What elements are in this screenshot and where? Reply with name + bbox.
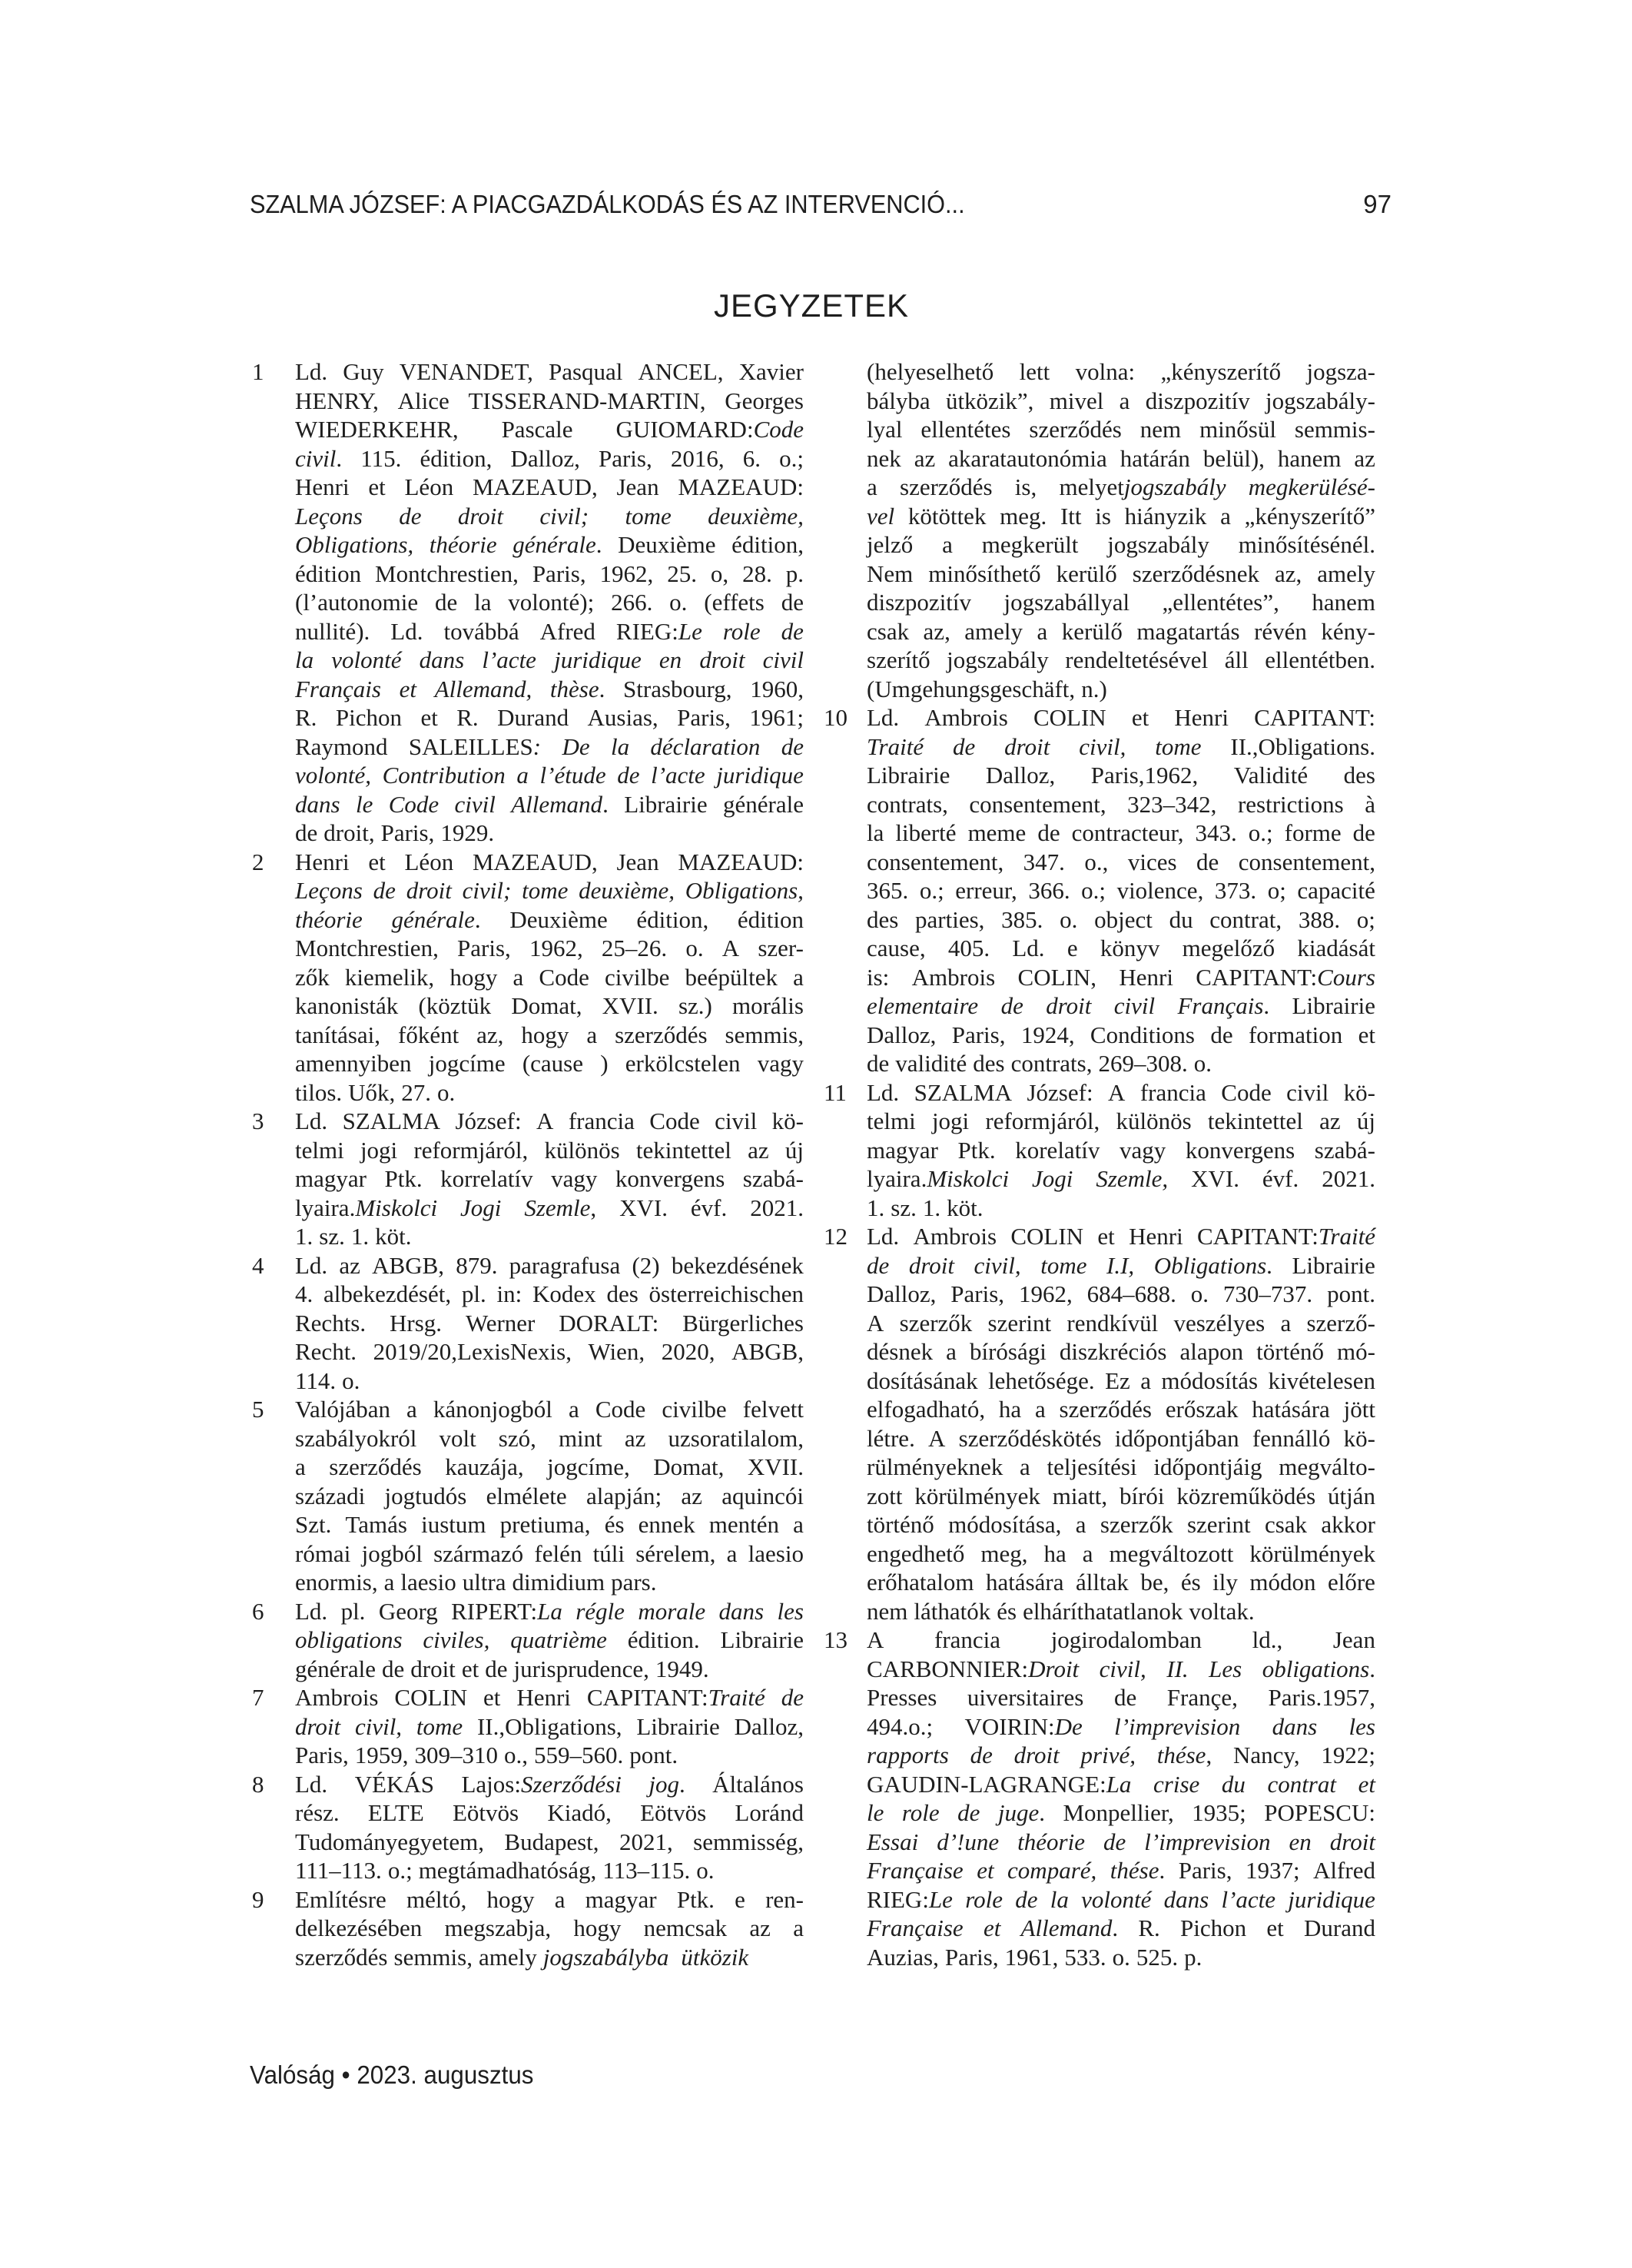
word: „kényszerítő bbox=[1160, 357, 1281, 387]
word: Obligations, bbox=[685, 876, 804, 905]
text-line: Leçonsdedroitcivil;tomedeuxième,Obligati… bbox=[295, 876, 804, 905]
text-line: telmijogireformjáról,különöstekintettela… bbox=[295, 1136, 804, 1165]
footnote-number: 10 bbox=[824, 703, 848, 732]
word: l’acte bbox=[482, 646, 536, 675]
word: l’acte bbox=[1221, 1885, 1275, 1914]
word: II.,Obligations. bbox=[1230, 732, 1375, 762]
word: Code bbox=[539, 963, 589, 992]
word: nem bbox=[867, 1597, 907, 1626]
word: juridique bbox=[554, 646, 642, 675]
word: nullité). bbox=[295, 617, 370, 646]
word: révén bbox=[1254, 617, 1307, 646]
word: du bbox=[1169, 905, 1193, 935]
word: et bbox=[462, 1655, 479, 1684]
word: bírói bbox=[1120, 1482, 1165, 1511]
word: jog bbox=[648, 1771, 679, 1798]
word: . bbox=[602, 791, 609, 818]
word: et bbox=[368, 848, 385, 877]
word: e bbox=[1067, 934, 1078, 963]
word: de bbox=[781, 1683, 804, 1712]
word: deuxième, bbox=[708, 502, 804, 531]
word: hanem bbox=[1312, 588, 1375, 617]
word: CARBONNIER: bbox=[867, 1655, 1028, 1682]
word: Paris, bbox=[952, 1021, 1006, 1050]
word: Contribution bbox=[383, 761, 506, 790]
word: köt. bbox=[375, 1222, 411, 1251]
section-title: JEGYZETEK bbox=[0, 287, 1632, 324]
word: GAUDIN-LAGRANGE:La bbox=[867, 1770, 1131, 1799]
word: . bbox=[1159, 1857, 1165, 1884]
word: in: bbox=[497, 1280, 522, 1309]
word: dans bbox=[1164, 1885, 1209, 1914]
word: de bbox=[781, 732, 804, 762]
word: comparé, bbox=[1007, 1856, 1096, 1885]
word: a bbox=[727, 1539, 738, 1569]
word: österreichischen bbox=[649, 1280, 804, 1309]
footnote-text: Ld.VÉKÁSLajos:Szerződésijog.Általánosrés… bbox=[295, 1770, 804, 1885]
text-line: 365.o.;erreur,366.o.;violence,373.o;capa… bbox=[867, 876, 1375, 905]
footnote: (helyeselhetőlettvolna:„kényszerítőjogsz… bbox=[821, 357, 1378, 703]
text-line: Aszerzőkszerintrendkívülveszélyesaszerző… bbox=[867, 1309, 1375, 1338]
word: alapján; bbox=[586, 1482, 662, 1511]
footnote-text: HenrietLéonMAZEAUD,JeanMAZEAUD:Leçonsded… bbox=[295, 848, 804, 1107]
word: Française bbox=[867, 1914, 964, 1943]
word: az bbox=[339, 1251, 360, 1280]
word: lett bbox=[1020, 357, 1050, 387]
word: A bbox=[722, 934, 739, 963]
word: civil, bbox=[1079, 732, 1126, 762]
text-line: généralededroitetdejurisprudence,1949. bbox=[295, 1655, 804, 1684]
word: thése bbox=[1110, 1857, 1159, 1884]
notes-column-right: (helyeselhetőlettvolna:„kényszerítőjogsz… bbox=[821, 357, 1378, 1971]
word: validité bbox=[895, 1049, 967, 1078]
word: 269–308. bbox=[1098, 1049, 1187, 1078]
word: civilbe bbox=[662, 1395, 726, 1424]
word: kö- bbox=[1344, 1078, 1375, 1107]
text-line: Ld.SZALMAJózsef:AfranciaCodecivilkö- bbox=[867, 1078, 1375, 1107]
text-line: Ld.pl.GeorgRIPERT:Laréglemoraledansles bbox=[295, 1597, 804, 1626]
word: Traité bbox=[1319, 1223, 1375, 1250]
word: megszabja, bbox=[445, 1914, 552, 1943]
text-line: HENRY,AliceTISSERAND-MARTIN,Georges bbox=[295, 387, 804, 416]
word: Dalloz, bbox=[867, 1021, 936, 1050]
text-line: bálybaütközik”,miveladiszpozitívjogszabá… bbox=[867, 387, 1375, 416]
footnote-number: 8 bbox=[252, 1770, 264, 1799]
word: 2021. bbox=[750, 1194, 804, 1223]
word: 347. bbox=[1023, 848, 1065, 877]
word: alapon bbox=[1179, 1337, 1243, 1366]
word: de bbox=[617, 761, 639, 790]
word: jogszabály bbox=[1124, 473, 1226, 500]
word: et bbox=[368, 473, 385, 502]
word: és bbox=[1181, 1568, 1201, 1597]
word: és bbox=[605, 1510, 625, 1539]
word: Ld. bbox=[295, 357, 327, 387]
word: a bbox=[1280, 1309, 1291, 1338]
word: les bbox=[1349, 1712, 1375, 1742]
text-line: dosításánaklehetősége.Ezamódosításkivéte… bbox=[867, 1366, 1375, 1396]
word: de bbox=[1103, 1828, 1126, 1857]
word: de bbox=[399, 502, 421, 531]
word: lyaira. bbox=[295, 1194, 355, 1221]
word: 494.o.; bbox=[867, 1712, 933, 1742]
word: forme bbox=[1285, 819, 1342, 848]
word: VOIRIN: bbox=[964, 1713, 1054, 1740]
word: de bbox=[1353, 819, 1375, 848]
word: Pascale bbox=[502, 415, 573, 444]
word: 405. bbox=[948, 934, 990, 963]
word: lyaira. bbox=[867, 1165, 927, 1192]
word: magyar bbox=[295, 1164, 367, 1194]
text-line: R.PichonetR.DurandAusias,Paris,1961; bbox=[295, 703, 804, 732]
word: édition bbox=[738, 905, 804, 935]
word: 1962, bbox=[529, 934, 583, 963]
word: szabá- bbox=[743, 1164, 804, 1194]
word: A bbox=[536, 1107, 553, 1136]
word: Ld. bbox=[295, 1107, 327, 1136]
word: Droit bbox=[1028, 1655, 1079, 1682]
word: magatartás bbox=[1136, 617, 1239, 646]
word: fennálló bbox=[1252, 1424, 1331, 1453]
word: II.,Obligations bbox=[477, 1713, 616, 1740]
footnote-number: 11 bbox=[824, 1078, 847, 1107]
word: Jogi bbox=[1032, 1164, 1073, 1194]
word: albekezdését, bbox=[323, 1280, 451, 1309]
word: szerint bbox=[1187, 1510, 1251, 1539]
text-line: lavolontédansl’actejuridiqueendroitcivil bbox=[295, 646, 804, 675]
text-line: elfogadható,haaszerződéserőszakhatásáraj… bbox=[867, 1395, 1375, 1424]
word: amely bbox=[479, 1944, 537, 1971]
text-line: velkötöttekmeg.Ittishiányzika„kényszerít… bbox=[867, 502, 1375, 531]
text-line: lalibertémemedecontracteur,343.o.;formed… bbox=[867, 819, 1375, 848]
word: József: bbox=[1027, 1078, 1093, 1107]
word: 1962, bbox=[1019, 1280, 1073, 1309]
word: thése. bbox=[1110, 1856, 1165, 1885]
word: privé, bbox=[1081, 1741, 1136, 1770]
word: 730–737. bbox=[1223, 1280, 1312, 1309]
word: századi bbox=[295, 1482, 365, 1511]
word: des bbox=[606, 1280, 638, 1309]
word: Ld. bbox=[1012, 934, 1044, 963]
word: Obligations. bbox=[1154, 1251, 1272, 1280]
word: Durand bbox=[1304, 1914, 1375, 1943]
word: jogszabályba bbox=[543, 1944, 669, 1971]
text-line: Ld.GuyVENANDET,PasqualANCEL,Xavier bbox=[295, 357, 804, 387]
word: 309–310 bbox=[415, 1741, 499, 1770]
text-line: Ld.VÉKÁSLajos:Szerződésijog.Általános bbox=[295, 1770, 804, 1799]
word: Dalloz, bbox=[510, 444, 579, 473]
word: 115. bbox=[360, 444, 401, 473]
word: korrelatív bbox=[440, 1164, 533, 1194]
word: Henri bbox=[295, 473, 350, 502]
word: diszkréciós bbox=[1060, 1337, 1166, 1366]
word: MAZEAUD, bbox=[473, 848, 598, 877]
word: ily bbox=[1212, 1568, 1238, 1597]
word: 2020, bbox=[662, 1337, 715, 1366]
word: . bbox=[1039, 1799, 1045, 1826]
word: XVI. bbox=[1191, 1164, 1239, 1194]
word: civil, bbox=[1100, 1655, 1146, 1684]
word: d’!une bbox=[937, 1828, 999, 1857]
footnote-number: 4 bbox=[252, 1251, 264, 1280]
text-line: RaymondSALEILLES:Deladéclarationde bbox=[295, 732, 804, 762]
word: obligations bbox=[295, 1625, 403, 1655]
footnote-number: 6 bbox=[252, 1597, 264, 1626]
word: Leçons bbox=[295, 502, 363, 531]
text-line: cause,405.Ld.ekönyvmegelőzőkiadását bbox=[867, 934, 1375, 963]
text-line: diszpozitívjogszabállyal„ellentétes”,han… bbox=[867, 588, 1375, 617]
word: Uők, bbox=[348, 1078, 395, 1107]
text-line: is:AmbroisCOLIN,HenriCAPITANT:Cours bbox=[867, 963, 1375, 992]
word: VENANDET, bbox=[400, 357, 533, 387]
word: francia bbox=[569, 1107, 635, 1136]
word: 27. bbox=[401, 1078, 431, 1107]
word: Kodex bbox=[532, 1280, 596, 1309]
text-line: 111–113.o.;megtámadhatóság,113–115.o. bbox=[295, 1856, 804, 1885]
word: rész. bbox=[295, 1798, 340, 1828]
word: Français bbox=[1177, 992, 1263, 1019]
word: VOIRIN:De bbox=[964, 1712, 1082, 1742]
footnote: 8Ld.VÉKÁSLajos:Szerződésijog.Általánosré… bbox=[250, 1770, 807, 1885]
footnote-number: 12 bbox=[824, 1222, 848, 1251]
word: amennyiben bbox=[295, 1049, 412, 1078]
word: régle bbox=[576, 1597, 625, 1626]
word: volt bbox=[439, 1424, 476, 1453]
word: de bbox=[867, 1251, 889, 1280]
word: A bbox=[867, 1309, 884, 1338]
word: Code bbox=[649, 1107, 699, 1136]
word: a bbox=[1140, 1366, 1151, 1396]
text-line: csakaz,amelyakerülőmagatartásrévénkény- bbox=[867, 617, 1375, 646]
word: de bbox=[781, 588, 804, 617]
footnote: 6Ld.pl.GeorgRIPERT:Laréglemoraledansleso… bbox=[250, 1597, 807, 1684]
word: en bbox=[1289, 1828, 1312, 1857]
word: COLIN bbox=[394, 1683, 467, 1712]
word: rapports bbox=[867, 1741, 949, 1770]
word: Ambrois bbox=[924, 703, 1008, 732]
word: Paris, bbox=[677, 703, 731, 732]
word: melyetjogszabály bbox=[1060, 473, 1226, 502]
word: francia bbox=[1140, 1078, 1206, 1107]
word: jogszabály bbox=[1107, 530, 1209, 560]
word: p. bbox=[786, 560, 804, 589]
word: o. bbox=[437, 1078, 455, 1107]
word: szabá- bbox=[1315, 1136, 1375, 1165]
word: tekintettel bbox=[1208, 1107, 1303, 1136]
word: o. bbox=[1194, 1049, 1212, 1078]
word: diszpozitív bbox=[867, 588, 971, 617]
word: Jogi bbox=[460, 1194, 501, 1223]
word: CAPITANT: bbox=[1254, 703, 1375, 732]
word: hatására bbox=[1252, 1395, 1330, 1424]
text-line: Dalloz,Paris,1962,684–688.o.730–737.pont… bbox=[867, 1280, 1375, 1309]
word: générale bbox=[391, 906, 474, 933]
word: . bbox=[1112, 1914, 1118, 1941]
text-line: Françaiseetcomparé,thése.Paris,1937;Alfr… bbox=[867, 1856, 1375, 1885]
word: az bbox=[625, 1424, 646, 1453]
word: théorie bbox=[1017, 1828, 1085, 1857]
word: Paris, bbox=[950, 1280, 1004, 1309]
word: Leçons bbox=[295, 876, 363, 905]
word: consentement, bbox=[867, 848, 1003, 877]
word: contrat, bbox=[1209, 905, 1282, 935]
word: elháríthatatlanok bbox=[1023, 1597, 1183, 1626]
word: rülményeknek bbox=[867, 1453, 1003, 1482]
word: Librairie bbox=[1292, 991, 1375, 1021]
word: megváltozott bbox=[1110, 1539, 1234, 1569]
word: 1. bbox=[351, 1222, 369, 1251]
word: előre bbox=[1328, 1568, 1375, 1597]
word: az bbox=[681, 1482, 702, 1511]
word: deuxième, bbox=[579, 876, 675, 905]
word: kiadását bbox=[1297, 934, 1375, 963]
word: A bbox=[928, 1424, 945, 1453]
text-line: Említésreméltó,hogyamagyarPtk.eren- bbox=[295, 1885, 804, 1914]
footnote: 11Ld.SZALMAJózsef:AfranciaCodecivilkö-te… bbox=[821, 1078, 1378, 1223]
word: COLIN bbox=[1033, 703, 1106, 732]
footnote-text: Említésreméltó,hogyamagyarPtk.eren-delke… bbox=[295, 1885, 804, 1972]
notes-column-left: 1Ld.GuyVENANDET,PasqualANCEL,XavierHENRY… bbox=[250, 357, 807, 1971]
word: Henri bbox=[295, 848, 350, 877]
word: tekintettel bbox=[636, 1136, 731, 1165]
word: Szemle, bbox=[1096, 1164, 1168, 1194]
word: 1929. bbox=[440, 819, 494, 848]
word: Léon bbox=[405, 473, 454, 502]
word: Allemand bbox=[511, 791, 602, 818]
text-line: engedhetőmeg,haamegváltozottkörülmények bbox=[867, 1539, 1375, 1569]
text-line: 494.o.;VOIRIN:Del’imprevisiondansles bbox=[867, 1712, 1375, 1742]
word: különös bbox=[545, 1136, 620, 1165]
word: József: bbox=[455, 1107, 521, 1136]
word: du bbox=[1222, 1770, 1246, 1799]
word: „kényszerítő” bbox=[1245, 502, 1375, 531]
word: 879. bbox=[456, 1251, 497, 1280]
word: Lajos:Szerződési bbox=[461, 1770, 621, 1799]
word: 1. bbox=[923, 1194, 940, 1223]
word: be, bbox=[1140, 1568, 1169, 1597]
word: származó bbox=[433, 1539, 523, 1569]
word: a bbox=[1035, 1395, 1046, 1424]
word: 533. bbox=[1064, 1943, 1106, 1972]
word: role bbox=[902, 1798, 940, 1828]
word: o; bbox=[1268, 876, 1286, 905]
word: Domat, bbox=[653, 1453, 724, 1482]
word: Bürgerliches bbox=[682, 1309, 804, 1338]
word: droit bbox=[909, 1251, 954, 1280]
word: új bbox=[1357, 1107, 1375, 1136]
word: des bbox=[973, 1049, 1004, 1078]
word: Szemle bbox=[524, 1194, 590, 1221]
word: civil. bbox=[295, 444, 342, 473]
text-line: lyaira.MiskolciJogiSzemle,XVI.évf.2021. bbox=[295, 1194, 804, 1223]
word: GUIOMARD: bbox=[615, 416, 753, 443]
word: Szemle, bbox=[524, 1194, 596, 1223]
word: 1959, bbox=[355, 1741, 409, 1770]
word: capacité bbox=[1297, 876, 1375, 905]
text-line: Ld.SZALMAJózsef:AfranciaCodecivilkö- bbox=[295, 1107, 804, 1136]
section-title-text: JEGYZETEK bbox=[714, 287, 909, 324]
word: 113–115. bbox=[602, 1856, 690, 1885]
word: 2019/20,LexisNexis, bbox=[373, 1337, 572, 1366]
word: 1961; bbox=[749, 703, 804, 732]
word: civil bbox=[295, 445, 336, 472]
text-line: nemláthatókéselháríthatatlanokvoltak. bbox=[867, 1597, 1375, 1626]
word: a bbox=[569, 1395, 579, 1424]
text-line: consentement,347.o.,vicesdeconsentement, bbox=[867, 848, 1375, 877]
footnote-text: Ld.AmbroisCOLINetHenriCAPITANT:Traitéded… bbox=[867, 703, 1375, 1078]
word: A bbox=[1108, 1078, 1125, 1107]
word: Librairie bbox=[1292, 1251, 1375, 1280]
word: lyal bbox=[867, 415, 903, 444]
word: droit bbox=[699, 646, 745, 675]
text-line: 1.sz.1.köt. bbox=[867, 1194, 1375, 1223]
word: de bbox=[1037, 819, 1060, 848]
word: droit bbox=[295, 1712, 340, 1742]
word: erkölcstelen bbox=[625, 1049, 741, 1078]
word: Budapest, bbox=[504, 1828, 599, 1857]
word: Werner bbox=[466, 1309, 535, 1338]
word: la bbox=[1050, 1885, 1069, 1914]
word: MAZEAUD: bbox=[678, 848, 804, 877]
word: o.; bbox=[779, 444, 804, 473]
text-line: szabályokrólvoltszó,mintazuzsoratilalom, bbox=[295, 1424, 804, 1453]
running-title: SZALMA JÓZSEF: A PIACGAZDÁLKODÁS ÉS AZ I… bbox=[250, 189, 965, 220]
word: role bbox=[723, 617, 761, 646]
text-line: aszerződéskauzája,jogcíme,Domat,XVII. bbox=[295, 1453, 804, 1482]
word: Strasbourg, bbox=[623, 675, 732, 704]
word: szerzők bbox=[1100, 1510, 1173, 1539]
word: mó- bbox=[1337, 1337, 1375, 1366]
word: csak bbox=[867, 617, 909, 646]
word: Recht. bbox=[295, 1337, 357, 1366]
word: juridique bbox=[716, 761, 804, 790]
word: is, bbox=[1015, 473, 1037, 502]
word: a bbox=[406, 1395, 417, 1424]
word: et bbox=[483, 1683, 500, 1712]
text-line: civil.115.édition,Dalloz,Paris,2016,6.o.… bbox=[295, 444, 804, 473]
word: II.,Obligations bbox=[1230, 733, 1369, 760]
text-line: désnekabíróságidiszkréciósalapontörténőm… bbox=[867, 1337, 1375, 1366]
word: meme bbox=[968, 819, 1027, 848]
word: CAPITANT: bbox=[1196, 964, 1317, 991]
word: Ld. bbox=[867, 1222, 899, 1251]
word: Hrsg. bbox=[390, 1309, 442, 1338]
word: Loránd bbox=[735, 1798, 804, 1828]
word: tanításai, bbox=[295, 1021, 380, 1050]
word: o., bbox=[1084, 848, 1108, 877]
word: jog. bbox=[648, 1770, 685, 1799]
word: is: bbox=[867, 963, 889, 992]
text-line: Dalloz,Paris,1924,Conditionsdeformatione… bbox=[867, 1021, 1375, 1050]
word: droit bbox=[1046, 991, 1091, 1021]
word: hanem bbox=[1278, 444, 1342, 473]
word: bírósági bbox=[970, 1337, 1047, 1366]
footer-journal: Valóság • 2023. augusztus bbox=[250, 2060, 533, 2090]
word: a bbox=[867, 473, 877, 502]
word: Alfred bbox=[1313, 1856, 1375, 1885]
text-line: 114.o. bbox=[295, 1366, 804, 1396]
word: méltó, bbox=[406, 1885, 466, 1914]
word: semmisség, bbox=[693, 1828, 804, 1857]
word: pl. bbox=[462, 1280, 486, 1309]
word: Dalloz, bbox=[867, 1280, 936, 1309]
footnote-text: Ld.pl.GeorgRIPERT:Laréglemoraledanslesob… bbox=[295, 1597, 804, 1684]
word: (helyeselhető bbox=[867, 357, 993, 387]
word: . bbox=[1369, 1655, 1375, 1682]
text-line: Afranciajogirodalombanld.,Jean bbox=[867, 1625, 1375, 1655]
word: Allemand bbox=[1021, 1914, 1113, 1941]
word: o., bbox=[504, 1741, 528, 1770]
